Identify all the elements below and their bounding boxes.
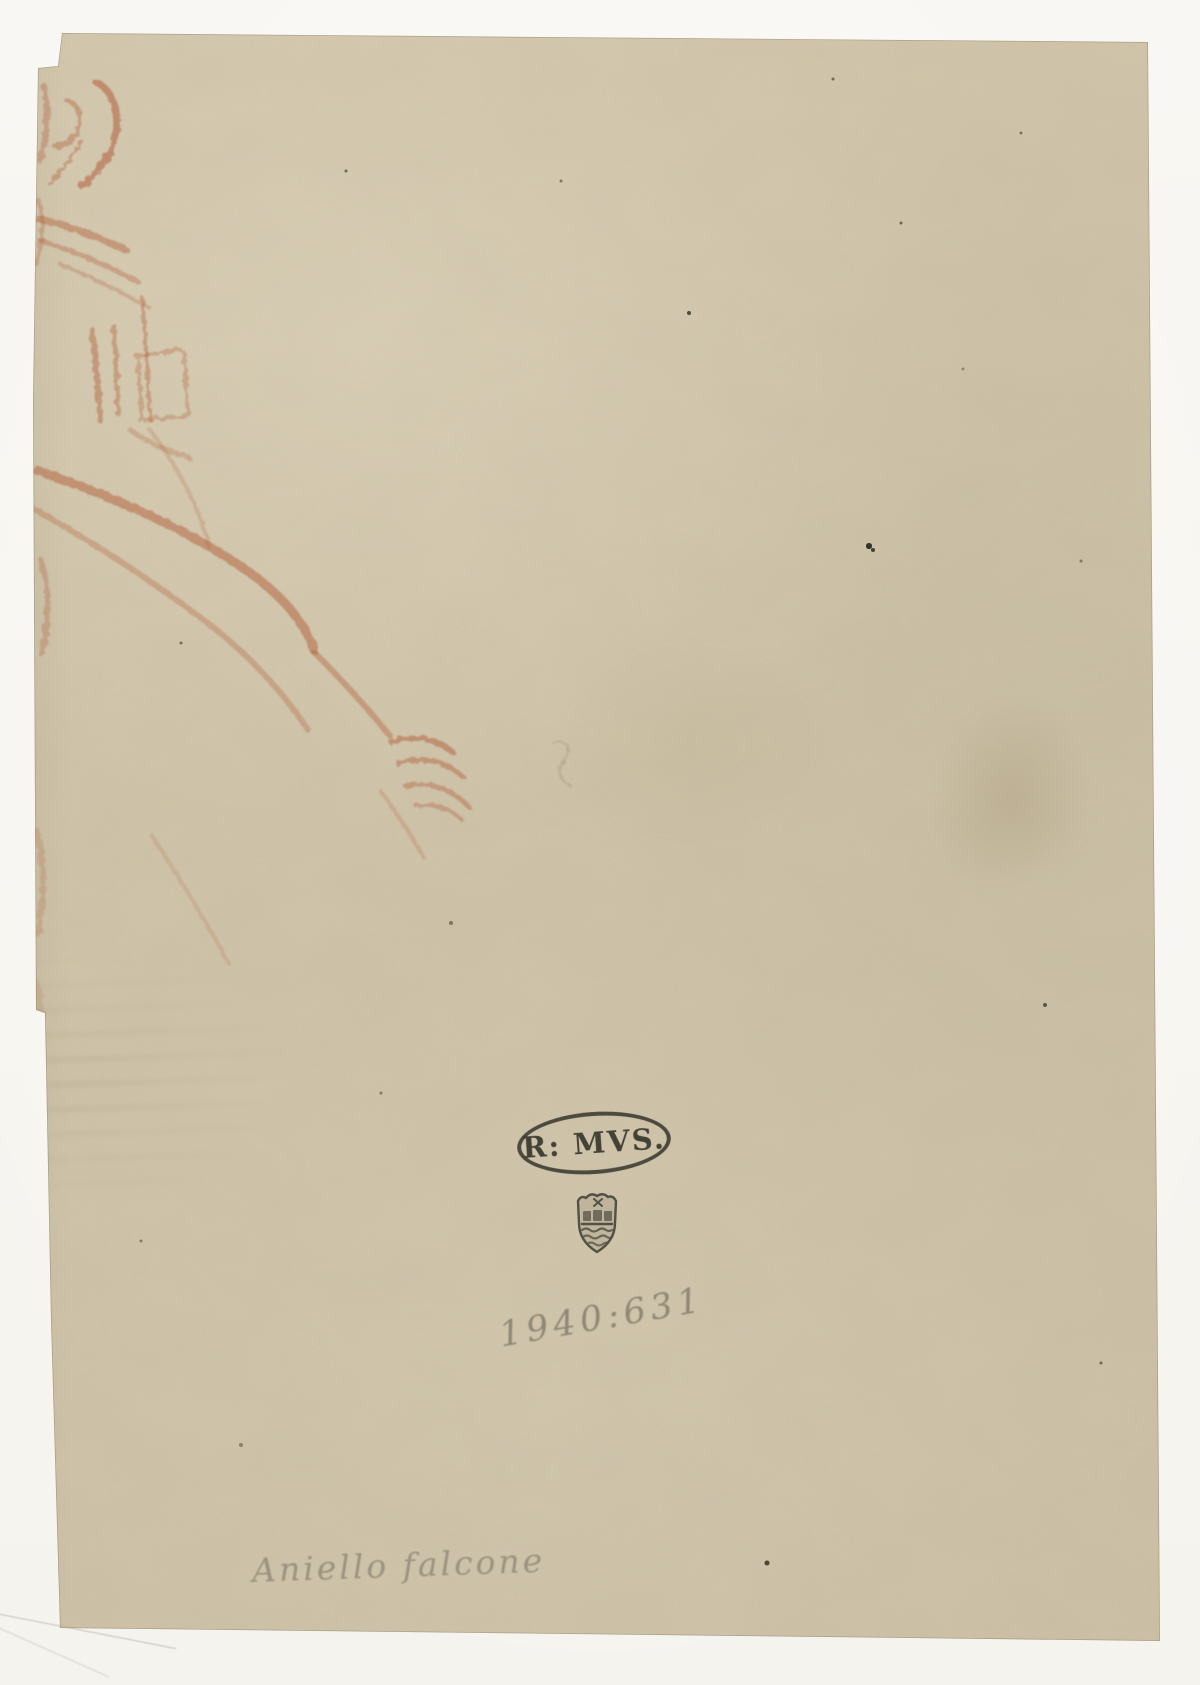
oval-stamp-text: R: MVS. (521, 1121, 667, 1165)
paper-specks (0, 0, 2, 2)
museum-shield-stamp-icon (573, 1191, 621, 1257)
paper-discoloration (560, 640, 820, 840)
mount-crease-line-2 (0, 1628, 109, 1678)
scan-mount-background: R: MVS. 1940:631 Aniello falcone (0, 0, 1200, 1685)
drawing-verso-sheet: R: MVS. 1940:631 Aniello falcone (0, 0, 1200, 1685)
